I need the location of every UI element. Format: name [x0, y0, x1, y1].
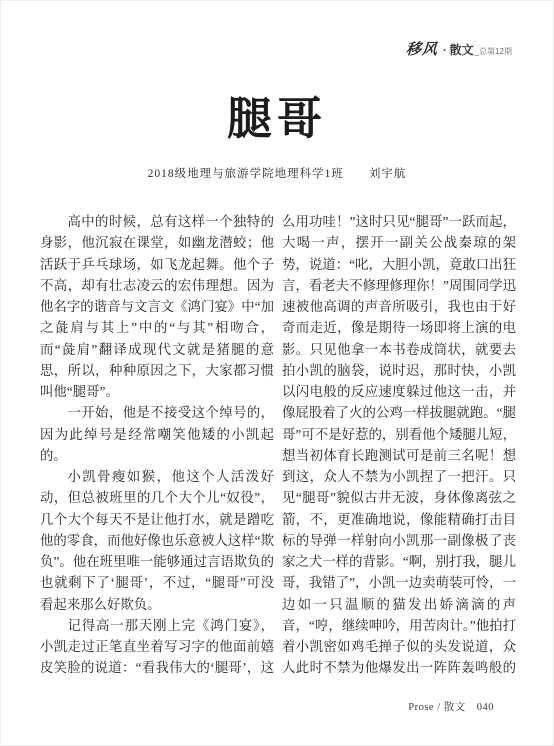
article-paragraph: 小凯骨瘦如猴，他这个人活泼好动，但总被班里的几个大个儿“奴役”，几个大个每天不是… — [40, 466, 274, 615]
magazine-logo: 移风 — [405, 38, 438, 59]
masthead-issue-number: _总第12期 — [475, 46, 512, 57]
article-byline: 2018级地理与旅游学院地理科学1班 刘宇航 — [0, 165, 554, 181]
footer-page-number: 040 — [477, 702, 494, 713]
masthead-separator-dot: · — [443, 45, 447, 57]
masthead: 移风 · 散文 _总第12期 — [406, 38, 512, 59]
article-paragraph: 一开始，他是不接受这个绰号的，因为此绰号是经常嘲笑他矮的小凯起的。 — [40, 402, 274, 466]
magazine-page: 移风 · 散文 _总第12期 腿哥 2018级地理与旅游学院地理科学1班 刘宇航… — [0, 0, 554, 746]
masthead-section-label: 散文 — [450, 41, 474, 58]
page-footer: Prose / 散文040 — [408, 699, 494, 714]
footer-section-label: Prose / 散文 — [408, 702, 466, 713]
article-title: 腿哥 — [0, 94, 554, 144]
article-paragraph: 高中的时候，总有这样一个独特的身影，他沉寂在课堂，如幽龙潜蛟；他活跃于乒乓球场，… — [40, 211, 274, 402]
article-body: 高中的时候，总有这样一个独特的身影，他沉寂在课堂，如幽龙潜蛟；他活跃于乒乓球场，… — [40, 211, 516, 681]
